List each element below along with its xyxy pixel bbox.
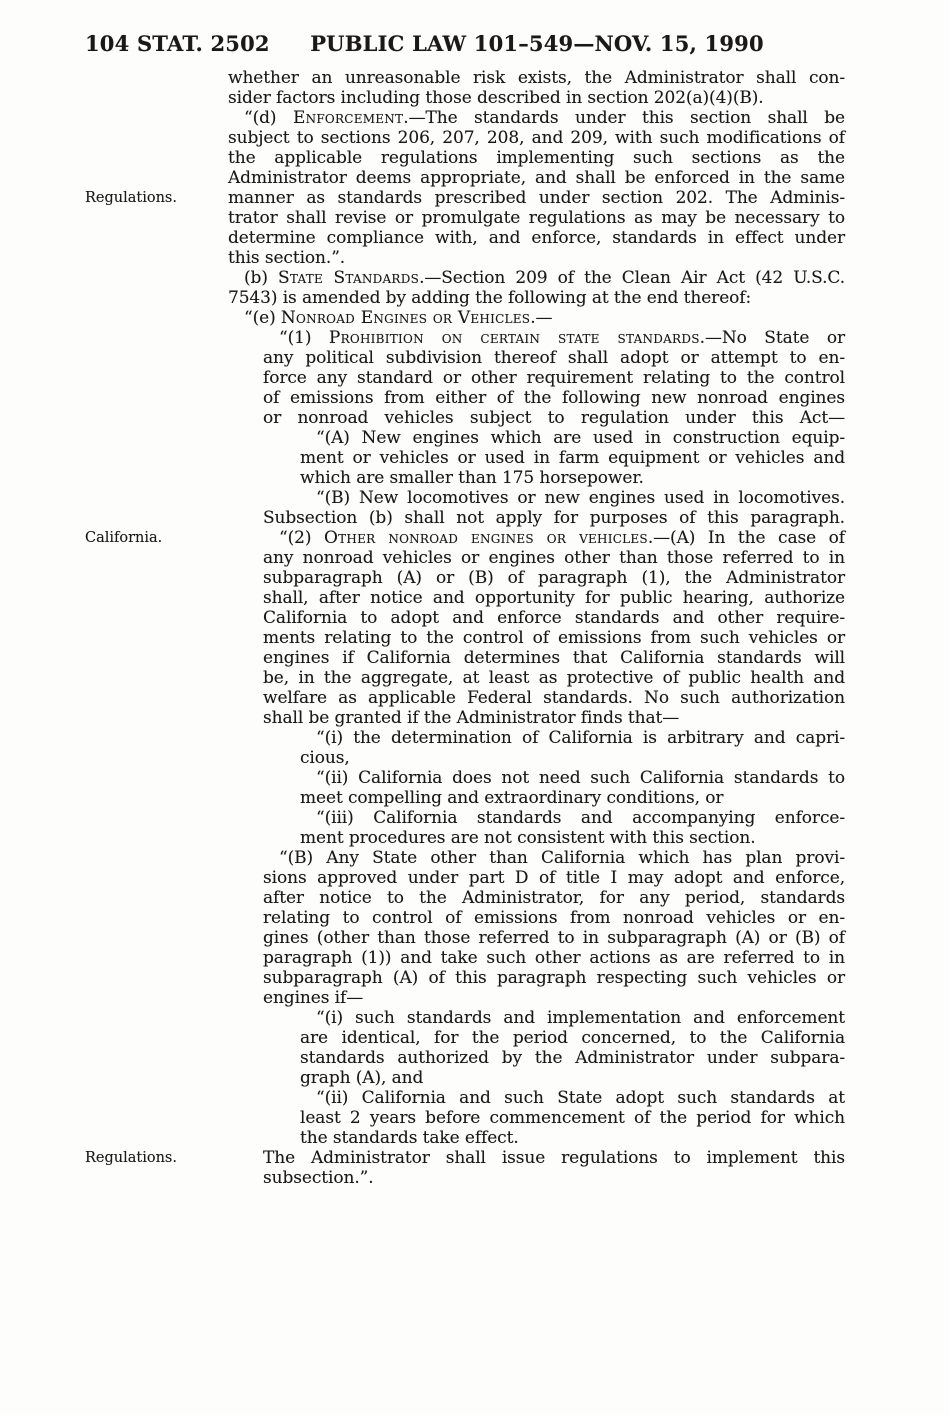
statute-page: 104 STAT. 2502 PUBLIC LAW 101–549—NOV. 1…: [0, 0, 949, 1415]
text-segment: least 2 years before commencement of the…: [300, 1108, 845, 1128]
text-line: trator shall revise or promulgate regula…: [228, 208, 845, 228]
text-segment: after notice to the Administrator, for a…: [263, 888, 845, 908]
text-line: Subsection (b) shall not apply for purpo…: [263, 508, 845, 528]
text-line: “(A) New engines which are used in const…: [300, 428, 845, 448]
text-segment: which are smaller than 175 horsepower.: [300, 468, 644, 488]
text-segment: any nonroad vehicles or engines other th…: [263, 548, 845, 568]
text-segment: ments relating to the control of emissio…: [263, 628, 845, 648]
text-line: any nonroad vehicles or engines other th…: [263, 548, 845, 568]
text-line: “(1) Prohibition on certain state standa…: [263, 328, 845, 348]
text-segment: “(2): [279, 528, 324, 548]
text-segment: engines if—: [263, 988, 363, 1008]
text-line: subparagraph (A) of this paragraph respe…: [263, 968, 845, 988]
text-segment: .—(A) In the case of: [648, 528, 845, 548]
small-caps-heading: Prohibition on certain state standards: [329, 328, 700, 348]
text-line: engines if—: [263, 988, 845, 1008]
text-segment: force any standard or other requirement …: [263, 368, 845, 388]
text-segment: welfare as applicable Federal standards.…: [263, 688, 845, 708]
text-segment: shall, after notice and opportunity for …: [263, 588, 845, 608]
text-segment: relating to control of emissions from no…: [263, 908, 845, 928]
text-line: “(e) Nonroad Engines or Vehicles.—: [228, 308, 845, 328]
text-line: after notice to the Administrator, for a…: [263, 888, 845, 908]
text-segment: subparagraph (A) of this paragraph respe…: [263, 968, 845, 988]
text-segment: whether an unreasonable risk exists, the…: [228, 68, 845, 88]
text-line: “(d) Enforcement.—The standards under th…: [228, 108, 845, 128]
text-line: are identical, for the period concerned,…: [300, 1028, 845, 1048]
text-segment: subparagraph (A) or (B) of paragraph (1)…: [263, 568, 845, 588]
text-line: be, in the aggregate, at least as protec…: [263, 668, 845, 688]
text-line: sider factors including those described …: [228, 88, 845, 108]
text-line: standards authorized by the Administrato…: [300, 1048, 845, 1068]
text-line: shall, after notice and opportunity for …: [263, 588, 845, 608]
text-segment: engines if California determines that Ca…: [263, 648, 845, 668]
text-line: “(i) such standards and implementation a…: [300, 1008, 845, 1028]
text-line: the applicable regulations implementing …: [228, 148, 845, 168]
text-line: shall be granted if the Administrator fi…: [263, 708, 845, 728]
text-segment: sider factors including those described …: [228, 88, 764, 108]
text-line: whether an unreasonable risk exists, the…: [228, 68, 845, 88]
text-line: (b) State Standards.—Section 209 of the …: [228, 268, 845, 288]
public-law-title: PUBLIC LAW 101–549—NOV. 15, 1990: [310, 31, 764, 56]
text-segment: determine compliance with, and enforce, …: [228, 228, 845, 248]
text-line: Regulations.manner as standards prescrib…: [228, 188, 845, 208]
text-segment: “(i) such standards and implementation a…: [316, 1008, 845, 1028]
text-line: or nonroad vehicles subject to regulatio…: [263, 408, 845, 428]
text-segment: of emissions from either of the followin…: [263, 388, 845, 408]
text-segment: “(iii) California standards and accompan…: [316, 808, 845, 828]
text-line: subsection.”.: [263, 1168, 845, 1188]
text-line: any political subdivision thereof shall …: [263, 348, 845, 368]
text-line: of emissions from either of the followin…: [263, 388, 845, 408]
text-segment: standards authorized by the Administrato…: [300, 1048, 845, 1068]
text-segment: the standards take effect.: [300, 1128, 519, 1148]
text-segment: .—: [530, 308, 552, 328]
text-line: Administrator deems appropriate, and sha…: [228, 168, 845, 188]
text-segment: paragraph (1)) and take such other actio…: [263, 948, 845, 968]
text-line: determine compliance with, and enforce, …: [228, 228, 845, 248]
text-line: “(B) Any State other than California whi…: [263, 848, 845, 868]
margin-note: Regulations.: [85, 1149, 177, 1168]
text-line: sions approved under part D of title I m…: [263, 868, 845, 888]
text-line: subparagraph (A) or (B) of paragraph (1)…: [263, 568, 845, 588]
text-segment: are identical, for the period concerned,…: [300, 1028, 845, 1048]
text-line: meet compelling and extraordinary condit…: [300, 788, 845, 808]
running-head: 104 STAT. 2502 PUBLIC LAW 101–549—NOV. 1…: [0, 31, 949, 57]
small-caps-heading: Other nonroad engines or vehicles: [324, 528, 648, 548]
text-line: ments relating to the control of emissio…: [263, 628, 845, 648]
text-segment: .—The standards under this section shall…: [403, 108, 845, 128]
text-line: which are smaller than 175 horsepower.: [300, 468, 845, 488]
text-line: welfare as applicable Federal standards.…: [263, 688, 845, 708]
text-segment: shall be granted if the Administrator fi…: [263, 708, 679, 728]
text-segment: be, in the aggregate, at least as protec…: [263, 668, 845, 688]
text-segment: (b): [244, 268, 278, 288]
text-segment: ment procedures are not consistent with …: [300, 828, 756, 848]
margin-note: California.: [85, 529, 162, 548]
text-line: “(B) New locomotives or new engines used…: [300, 488, 845, 508]
text-segment: California to adopt and enforce standard…: [263, 608, 845, 628]
small-caps-heading: Enforcement: [293, 108, 403, 128]
text-segment: Administrator deems appropriate, and sha…: [228, 168, 845, 188]
text-line: “(iii) California standards and accompan…: [300, 808, 845, 828]
text-segment: subject to sections 206, 207, 208, and 2…: [228, 128, 845, 148]
text-line: “(ii) California does not need such Cali…: [300, 768, 845, 788]
text-segment: “(A) New engines which are used in const…: [316, 428, 845, 448]
text-segment: 7543) is amended by adding the following…: [228, 288, 751, 308]
text-line: “(i) the determination of California is …: [300, 728, 845, 748]
text-segment: “(B) New locomotives or new engines used…: [316, 488, 845, 508]
text-line: “(ii) California and such State adopt su…: [300, 1088, 845, 1108]
text-segment: “(ii) California does not need such Cali…: [316, 768, 845, 788]
text-line: graph (A), and: [300, 1068, 845, 1088]
text-line: relating to control of emissions from no…: [263, 908, 845, 928]
text-segment: gines (other than those referred to in s…: [263, 928, 845, 948]
text-line: least 2 years before commencement of the…: [300, 1108, 845, 1128]
statute-text-column: whether an unreasonable risk exists, the…: [228, 68, 845, 1188]
text-line: cious,: [300, 748, 845, 768]
text-line: gines (other than those referred to in s…: [263, 928, 845, 948]
text-line: engines if California determines that Ca…: [263, 648, 845, 668]
stat-page-number: 104 STAT. 2502: [85, 31, 270, 56]
text-segment: Subsection (b) shall not apply for purpo…: [263, 508, 845, 528]
text-segment: “(1): [279, 328, 329, 348]
text-line: California to adopt and enforce standard…: [263, 608, 845, 628]
small-caps-heading: Nonroad Engines or Vehicles: [281, 308, 530, 328]
text-segment: any political subdivision thereof shall …: [263, 348, 845, 368]
text-line: 7543) is amended by adding the following…: [228, 288, 845, 308]
text-line: ment or vehicles or used in farm equipme…: [300, 448, 845, 468]
text-segment: the applicable regulations implementing …: [228, 148, 845, 168]
text-segment: “(i) the determination of California is …: [316, 728, 845, 748]
text-segment: .—Section 209 of the Clean Air Act (42 U…: [419, 268, 845, 288]
small-caps-heading: State Standards: [278, 268, 419, 288]
text-segment: trator shall revise or promulgate regula…: [228, 208, 845, 228]
text-segment: cious,: [300, 748, 350, 768]
text-line: force any standard or other requirement …: [263, 368, 845, 388]
text-line: this section.”.: [228, 248, 845, 268]
text-segment: “(ii) California and such State adopt su…: [316, 1088, 845, 1108]
text-segment: “(B) Any State other than California whi…: [279, 848, 845, 868]
text-line: California.“(2) Other nonroad engines or…: [263, 528, 845, 548]
text-line: Regulations.The Administrator shall issu…: [263, 1148, 845, 1168]
text-line: ment procedures are not consistent with …: [300, 828, 845, 848]
text-segment: sions approved under part D of title I m…: [263, 868, 845, 888]
text-segment: ment or vehicles or used in farm equipme…: [300, 448, 845, 468]
text-segment: this section.”.: [228, 248, 345, 268]
text-segment: “(d): [244, 108, 293, 128]
text-segment: .—No State or: [700, 328, 845, 348]
text-segment: “(e): [244, 308, 281, 328]
margin-note: Regulations.: [85, 189, 177, 208]
text-segment: subsection.”.: [263, 1168, 374, 1188]
text-line: subject to sections 206, 207, 208, and 2…: [228, 128, 845, 148]
text-line: the standards take effect.: [300, 1128, 845, 1148]
text-segment: manner as standards prescribed under sec…: [228, 188, 845, 208]
text-segment: or nonroad vehicles subject to regulatio…: [263, 408, 845, 428]
text-segment: The Administrator shall issue regulation…: [263, 1148, 845, 1168]
text-segment: graph (A), and: [300, 1068, 423, 1088]
text-segment: meet compelling and extraordinary condit…: [300, 788, 723, 808]
text-line: paragraph (1)) and take such other actio…: [263, 948, 845, 968]
